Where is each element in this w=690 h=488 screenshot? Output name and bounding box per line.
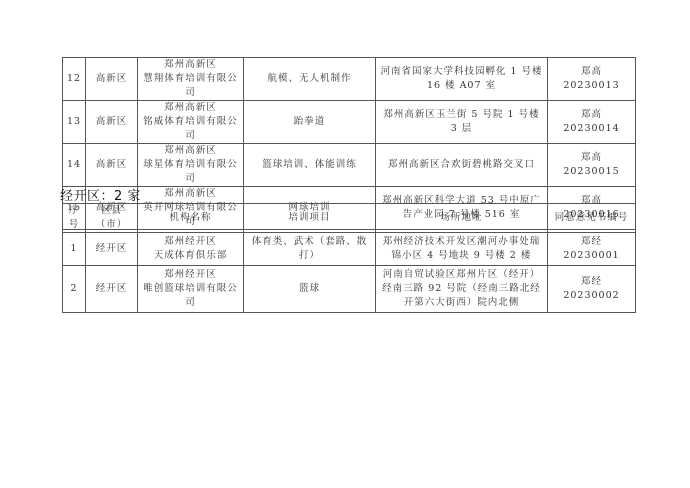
row-number: 2: [63, 266, 86, 313]
venue-address: 郑州高新区玉兰街 5 号院 1 号楼 3 层: [376, 101, 548, 144]
training-project: 篮球: [244, 266, 376, 313]
training-project: 体育类、武术（套路、散打）: [244, 233, 376, 266]
approval-number: 郑经 20230001: [548, 233, 636, 266]
header-number: 序号: [63, 204, 86, 233]
venue-address: 河南省国家大学科技园孵化 1 号楼 16 楼 A07 室: [376, 58, 548, 101]
approval-number: 郑高 20230013: [548, 58, 636, 101]
header-district: 区县（市）: [86, 204, 138, 233]
district: 高新区: [86, 144, 138, 187]
venue-address: 郑州经济技术开发区潮河办事处瑞锦小区 4 号地块 9 号楼 2 楼: [376, 233, 548, 266]
table-row: 1 经开区 郑州经开区天成体育俱乐部 体育类、武术（套路、散打） 郑州经济技术开…: [63, 233, 636, 266]
header-org: 机构名称: [138, 204, 244, 233]
header-address: 场所地址: [376, 204, 548, 233]
org-name: 郑州经开区天成体育俱乐部: [138, 233, 244, 266]
row-number: 12: [63, 58, 86, 101]
district: 经开区: [86, 233, 138, 266]
jingkai-institutions-table: 序号 区县（市） 机构名称 培训项目 场所地址 同意意见书编号 1 经开区 郑州…: [62, 203, 636, 313]
table-row: 14 高新区 郑州高新区球星体育培训有限公司 篮球培训、体能训练 郑州高新区合欢…: [63, 144, 636, 187]
section-title-jingkai: 经开区：2 家: [60, 185, 141, 204]
row-number: 13: [63, 101, 86, 144]
district: 经开区: [86, 266, 138, 313]
training-project: 航模、无人机制作: [244, 58, 376, 101]
approval-number: 郑高 20230014: [548, 101, 636, 144]
org-name: 郑州高新区铭威体育培训有限公司: [138, 101, 244, 144]
header-cert: 同意意见书编号: [548, 204, 636, 233]
row-number: 1: [63, 233, 86, 266]
training-project: 篮球培训、体能训练: [244, 144, 376, 187]
table-row: 13 高新区 郑州高新区铭威体育培训有限公司 跆拳道 郑州高新区玉兰街 5 号院…: [63, 101, 636, 144]
venue-address: 郑州高新区合欢街碧桃路交叉口: [376, 144, 548, 187]
table-row: 2 经开区 郑州经开区唯创篮球培训有限公司 篮球 河南自贸试验区郑州片区（经开）…: [63, 266, 636, 313]
training-project: 跆拳道: [244, 101, 376, 144]
org-name: 郑州高新区慧翔体育培训有限公司: [138, 58, 244, 101]
org-name: 郑州经开区唯创篮球培训有限公司: [138, 266, 244, 313]
approval-number: 郑经 20230002: [548, 266, 636, 313]
venue-address: 河南自贸试验区郑州片区（经开）经南三路 92 号院（经南三路北经开第六大街西）院…: [376, 266, 548, 313]
table-row: 12 高新区 郑州高新区慧翔体育培训有限公司 航模、无人机制作 河南省国家大学科…: [63, 58, 636, 101]
table-header-row: 序号 区县（市） 机构名称 培训项目 场所地址 同意意见书编号: [63, 204, 636, 233]
header-project: 培训项目: [244, 204, 376, 233]
row-number: 14: [63, 144, 86, 187]
org-name: 郑州高新区球星体育培训有限公司: [138, 144, 244, 187]
district: 高新区: [86, 58, 138, 101]
approval-number: 郑高 20230015: [548, 144, 636, 187]
district: 高新区: [86, 101, 138, 144]
